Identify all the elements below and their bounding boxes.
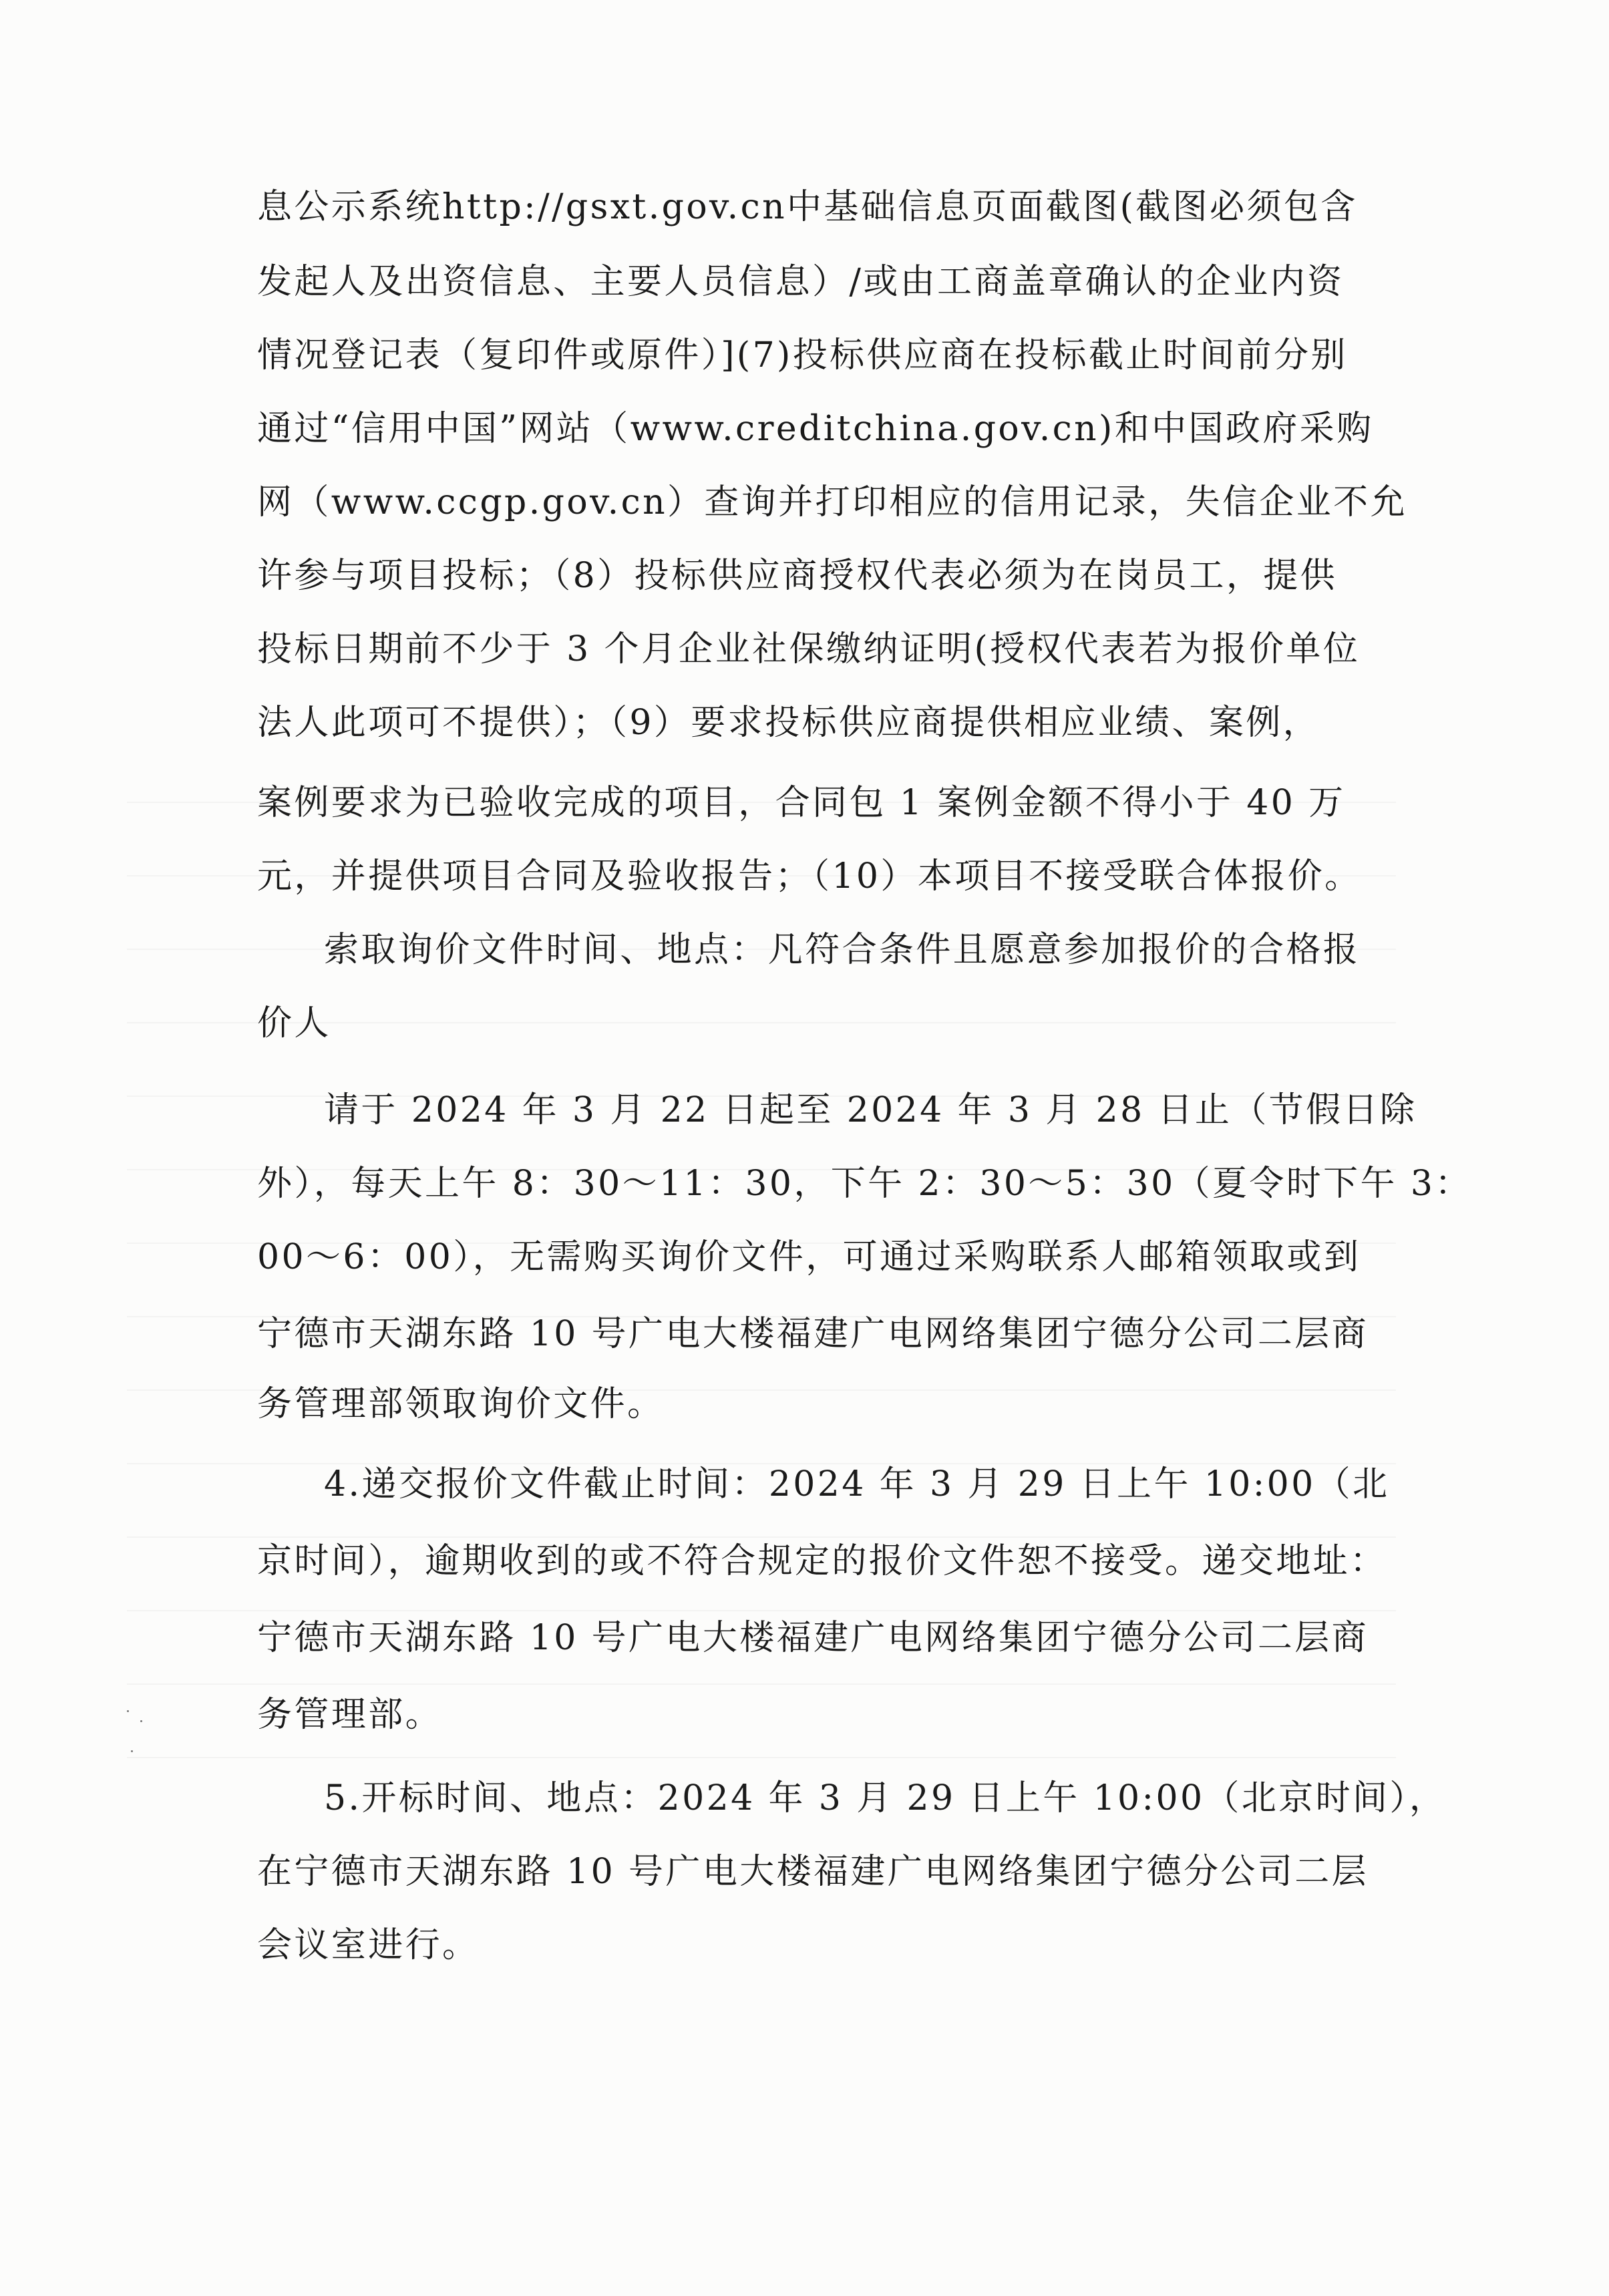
paragraph-line: 元，并提供项目合同及验收报告；（10）本项目不接受联合体报价。: [257, 856, 1362, 896]
paragraph-line: 案例要求为已验收完成的项目，合同包 1 案例金额不得小于 40 万: [257, 783, 1346, 823]
section-5-opening: 5.开标时间、地点：2024 年 3 月 29 日上午 10:00（北京时间），: [324, 1778, 1446, 1818]
paragraph-line: 发起人及出资信息、主要人员信息）/或由工商盖章确认的企业内资: [257, 262, 1345, 302]
section-request-period: 请于 2024 年 3 月 22 日起至 2024 年 3 月 28 日止（节假…: [324, 1090, 1417, 1130]
paragraph-line: 在宁德市天湖东路 10 号广电大楼福建广电网络集团宁德分公司二层: [257, 1852, 1369, 1892]
paragraph-line: 京时间），逾期收到的或不符合规定的报价文件恕不接受。递交地址：: [257, 1541, 1387, 1581]
scan-speck: [131, 1750, 133, 1752]
paragraph-line: 务管理部领取询价文件。: [257, 1384, 664, 1424]
paragraph-line: 宁德市天湖东路 10 号广电大楼福建广电网络集团宁德分公司二层商: [257, 1314, 1369, 1354]
paragraph-line: 会议室进行。: [257, 1925, 479, 1965]
scan-speck: [127, 1710, 129, 1712]
paragraph-line: 网（www.ccgp.gov.cn）查询并打印相应的信用记录，失信企业不允: [257, 482, 1407, 522]
paragraph-line: 投标日期前不少于 3 个月企业社保缴纳证明(授权代表若为报价单位: [257, 629, 1360, 669]
paragraph-line: 法人此项可不提供）；（9）要求投标供应商提供相应业绩、案例，: [257, 703, 1320, 743]
paragraph-line: 务管理部。: [257, 1695, 442, 1735]
section-4-submission-deadline: 4.递交报价文件截止时间：2024 年 3 月 29 日上午 10:00（北: [324, 1464, 1389, 1504]
paragraph-line: 00～6：00），无需购买询价文件，可通过采购联系人邮箱领取或到: [257, 1237, 1361, 1277]
paragraph-line: 情况登记表（复印件或原件）](7)投标供应商在投标截止时间前分别: [257, 335, 1348, 375]
paragraph-line: 许参与项目投标；（8）投标供应商授权代表必须为在岗员工，提供: [257, 556, 1337, 596]
paragraph-line: 外），每天上午 8：30～11：30，下午 2：30～5：30（夏令时下午 3：: [257, 1164, 1472, 1204]
paragraph-line: 通过“信用中国”网站（www.creditchina.gov.cn)和中国政府采…: [257, 409, 1374, 449]
scan-speck: [140, 1720, 142, 1722]
paragraph-line: 息公示系统http://gsxt.gov.cn中基础信息页面截图(截图必须包含: [257, 187, 1358, 227]
section-fetch-docs: 索取询价文件时间、地点：凡符合条件且愿意参加报价的合格报: [324, 930, 1360, 970]
scanned-page: 息公示系统http://gsxt.gov.cn中基础信息页面截图(截图必须包含 …: [0, 0, 1609, 2296]
paragraph-line: 价人: [257, 1003, 331, 1043]
paragraph-line: 宁德市天湖东路 10 号广电大楼福建广电网络集团宁德分公司二层商: [257, 1618, 1369, 1658]
